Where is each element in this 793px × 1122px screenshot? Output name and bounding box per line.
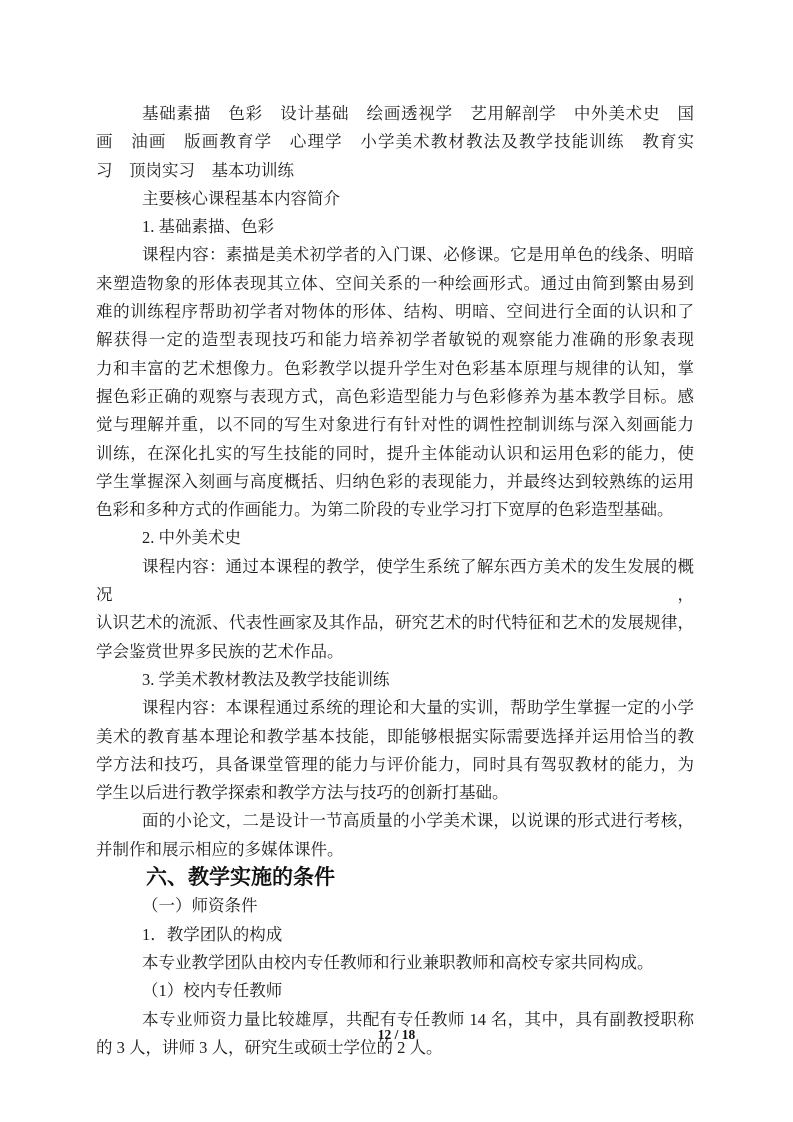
paragraph: 课程内容：素描是美术初学者的入门课、必修课。它是用单色的线条、明暗来塑造物象的形…	[96, 241, 694, 524]
text-line: 1．教学团队的构成	[96, 921, 694, 949]
paragraph: 本专业教学团队由校内专任教师和行业兼职教师和高校专家共同构成。	[96, 949, 694, 977]
text-line: 面的小论文，二是设计一节高质量的小学美术课，以说课的形式进行考核，	[96, 807, 694, 835]
text-line: 色彩和多种方式的作画能力。为第二阶段的专业学习打下宽厚的色彩造型基础。	[96, 496, 694, 524]
text-line: 3. 学美术教材教法及教学技能训练	[96, 666, 694, 694]
document-page: 基础素描 色彩 设计基础 绘画透视学 艺用解剖学 中外美术史 国画 油画 版画教…	[0, 0, 793, 1122]
document-body: 基础素描 色彩 设计基础 绘画透视学 艺用解剖学 中外美术史 国画 油画 版画教…	[96, 100, 694, 1062]
paragraph: 面的小论文，二是设计一节高质量的小学美术课，以说课的形式进行考核，并制作和展示相…	[96, 807, 694, 864]
paragraph: （一）师资条件	[96, 892, 694, 920]
paragraph: 1．教学团队的构成	[96, 921, 694, 949]
text-line: 握色彩正确的观察与表现方式，高色彩造型能力与色彩修养为基本教学目标。感	[96, 383, 694, 411]
text-line: 美术的教育基本理论和教学基本技能，即能够根据实际需要选择并运用恰当的教	[96, 723, 694, 751]
text-line: 觉与理解并重，以不同的写生对象进行有针对性的调性控制训练与深入刻画能力	[96, 411, 694, 439]
text-line: 习 顶岗实习 基本功训练	[96, 157, 694, 185]
text-line: 画 油画 版画教育学 心理学 小学美术教材教法及教学技能训练 教育实	[96, 128, 694, 156]
section-heading: 六、教学实施的条件	[96, 864, 694, 892]
paragraph: 课程内容：通过本课程的教学，使学生系统了解东西方美术的发生发展的概况，认识艺术的…	[96, 553, 694, 666]
text-line: 难的训练程序帮助初学者对物体的形体、结构、明暗、空间进行全面的认识和了	[96, 298, 694, 326]
text-line: 解获得一定的造型表现技巧和能力培养初学者敏锐的观察能力准确的形象表现	[96, 326, 694, 354]
text-line: 并制作和展示相应的多媒体课件。	[96, 836, 694, 864]
text-line: 2. 中外美术史	[96, 524, 694, 552]
paragraph: 课程内容：本课程通过系统的理论和大量的实训，帮助学生掌握一定的小学美术的教育基本…	[96, 694, 694, 807]
text-line: 1. 基础素描、色彩	[96, 213, 694, 241]
text-line: 本专业教学团队由校内专任教师和行业兼职教师和高校专家共同构成。	[96, 949, 694, 977]
text-line: 学方法和技巧，具备课堂管理的能力与评价能力，同时具有驾驭教材的能力，为	[96, 751, 694, 779]
text-line: 力和丰富的艺术想像力。色彩教学以提升学生对色彩基本原理与规律的认知，掌	[96, 355, 694, 383]
paragraph: 1. 基础素描、色彩	[96, 213, 694, 241]
paragraph: 主要核心课程基本内容简介	[96, 185, 694, 213]
text-line: （一）师资条件	[96, 892, 694, 920]
paragraph: 基础素描 色彩 设计基础 绘画透视学 艺用解剖学 中外美术史 国画 油画 版画教…	[96, 100, 694, 185]
text-line: 基础素描 色彩 设计基础 绘画透视学 艺用解剖学 中外美术史 国	[96, 100, 694, 128]
text-line: 课程内容：素描是美术初学者的入门课、必修课。它是用单色的线条、明暗	[96, 241, 694, 269]
paragraph: 3. 学美术教材教法及教学技能训练	[96, 666, 694, 694]
paragraph: 2. 中外美术史	[96, 524, 694, 552]
text-line: 六、教学实施的条件	[96, 864, 694, 892]
text-line: 主要核心课程基本内容简介	[96, 185, 694, 213]
text-line: 学生掌握深入刻画与高度概括、归纳色彩的表现能力，并最终达到较熟练的运用	[96, 468, 694, 496]
paragraph: （1）校内专任教师	[96, 977, 694, 1005]
text-line: 课程内容：通过本课程的教学，使学生系统了解东西方美术的发生发展的概况，	[96, 553, 694, 610]
text-line: 训练，在深化扎实的写生技能的同时，提升主体能动认识和运用色彩的能力，使	[96, 440, 694, 468]
page-number: 12 / 18	[0, 1026, 793, 1043]
text-line: 认识艺术的流派、代表性画家及其作品，研究艺术的时代特征和艺术的发展规律，	[96, 609, 694, 637]
text-line: 学生以后进行教学探索和教学方法与技巧的创新打基础。	[96, 779, 694, 807]
text-line: 学会鉴赏世界多民族的艺术作品。	[96, 638, 694, 666]
text-line: 课程内容：本课程通过系统的理论和大量的实训，帮助学生掌握一定的小学	[96, 694, 694, 722]
text-line: 来塑造物象的形体表现其立体、空间关系的一种绘画形式。通过由简到繁由易到	[96, 270, 694, 298]
text-line: （1）校内专任教师	[96, 977, 694, 1005]
